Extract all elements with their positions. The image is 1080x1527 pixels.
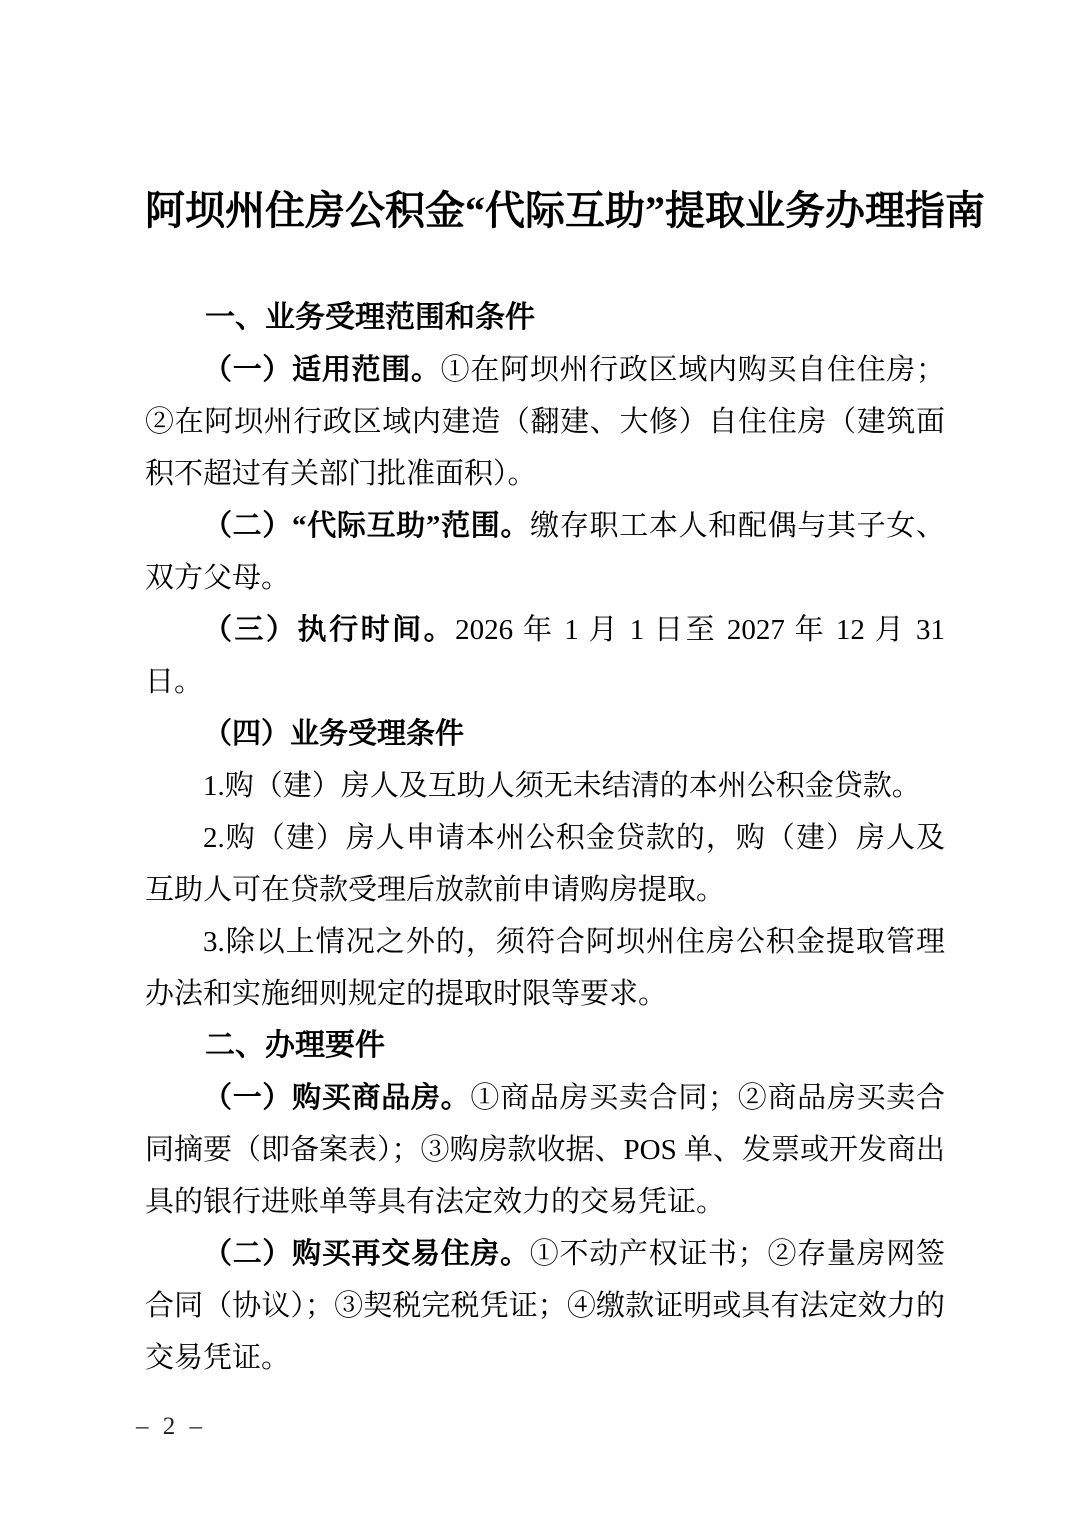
paragraph-condition-1-text: 1.购（建）房人及互助人须无未结清的本州公积金贷款。 — [203, 770, 921, 802]
paragraph-execution-time: （三）执行时间。2026 年 1 月 1 日至 2027 年 12 月 31 日… — [145, 604, 945, 708]
section-heading-1: 一、业务受理范围和条件 — [145, 292, 945, 344]
document-content: 阿坝州住房公积金“代际互助”提取业务办理指南 一、业务受理范围和条件 （一）适用… — [145, 0, 945, 1384]
section-heading-1-text: 一、业务受理范围和条件 — [205, 301, 535, 334]
document-title: 阿坝州住房公积金“代际互助”提取业务办理指南 — [145, 186, 945, 236]
document-page: 阿坝州住房公积金“代际互助”提取业务办理指南 一、业务受理范围和条件 （一）适用… — [0, 0, 1080, 1527]
section-heading-2-text: 二、办理要件 — [205, 1029, 385, 1062]
page-number: – 2 – — [136, 1410, 206, 1444]
paragraph-condition-2: 2.购（建）房人申请本州公积金贷款的，购（建）房人及互助人可在贷款受理后放款前申… — [145, 812, 945, 916]
paragraph-condition-3-text: 3.除以上情况之外的，须符合阿坝州住房公积金提取管理办法和实施细则规定的提取时限… — [145, 926, 945, 1010]
paragraph-condition-2-text: 2.购（建）房人申请本州公积金贷款的，购（建）房人及互助人可在贷款受理后放款前申… — [145, 822, 945, 906]
paragraph-resale-housing-lead: （二）购买再交易住房。 — [203, 1238, 530, 1270]
paragraph-scope: （一）适用范围。①在阿坝州行政区域内购买自住住房；②在阿坝州行政区域内建造（翻建… — [145, 344, 945, 500]
paragraph-execution-time-lead: （三）执行时间。 — [203, 614, 455, 646]
paragraph-scope-lead: （一）适用范围。 — [203, 354, 441, 386]
paragraph-mutual-aid-range-lead: （二）“代际互助”范围。 — [203, 510, 530, 542]
paragraph-condition-1: 1.购（建）房人及互助人须无未结清的本州公积金贷款。 — [145, 760, 945, 812]
section-heading-2: 二、办理要件 — [145, 1020, 945, 1072]
paragraph-commercial-housing: （一）购买商品房。①商品房买卖合同；②商品房买卖合同摘要（即备案表）；③购房款收… — [145, 1072, 945, 1228]
paragraph-mutual-aid-range: （二）“代际互助”范围。缴存职工本人和配偶与其子女、双方父母。 — [145, 500, 945, 604]
paragraph-acceptance-conditions: （四）业务受理条件 — [145, 708, 945, 760]
paragraph-resale-housing: （二）购买再交易住房。①不动产权证书；②存量房网签合同（协议）；③契税完税凭证；… — [145, 1228, 945, 1384]
paragraph-acceptance-conditions-lead: （四）业务受理条件 — [203, 718, 464, 750]
paragraph-condition-3: 3.除以上情况之外的，须符合阿坝州住房公积金提取管理办法和实施细则规定的提取时限… — [145, 916, 945, 1020]
paragraph-commercial-housing-lead: （一）购买商品房。 — [203, 1082, 470, 1114]
